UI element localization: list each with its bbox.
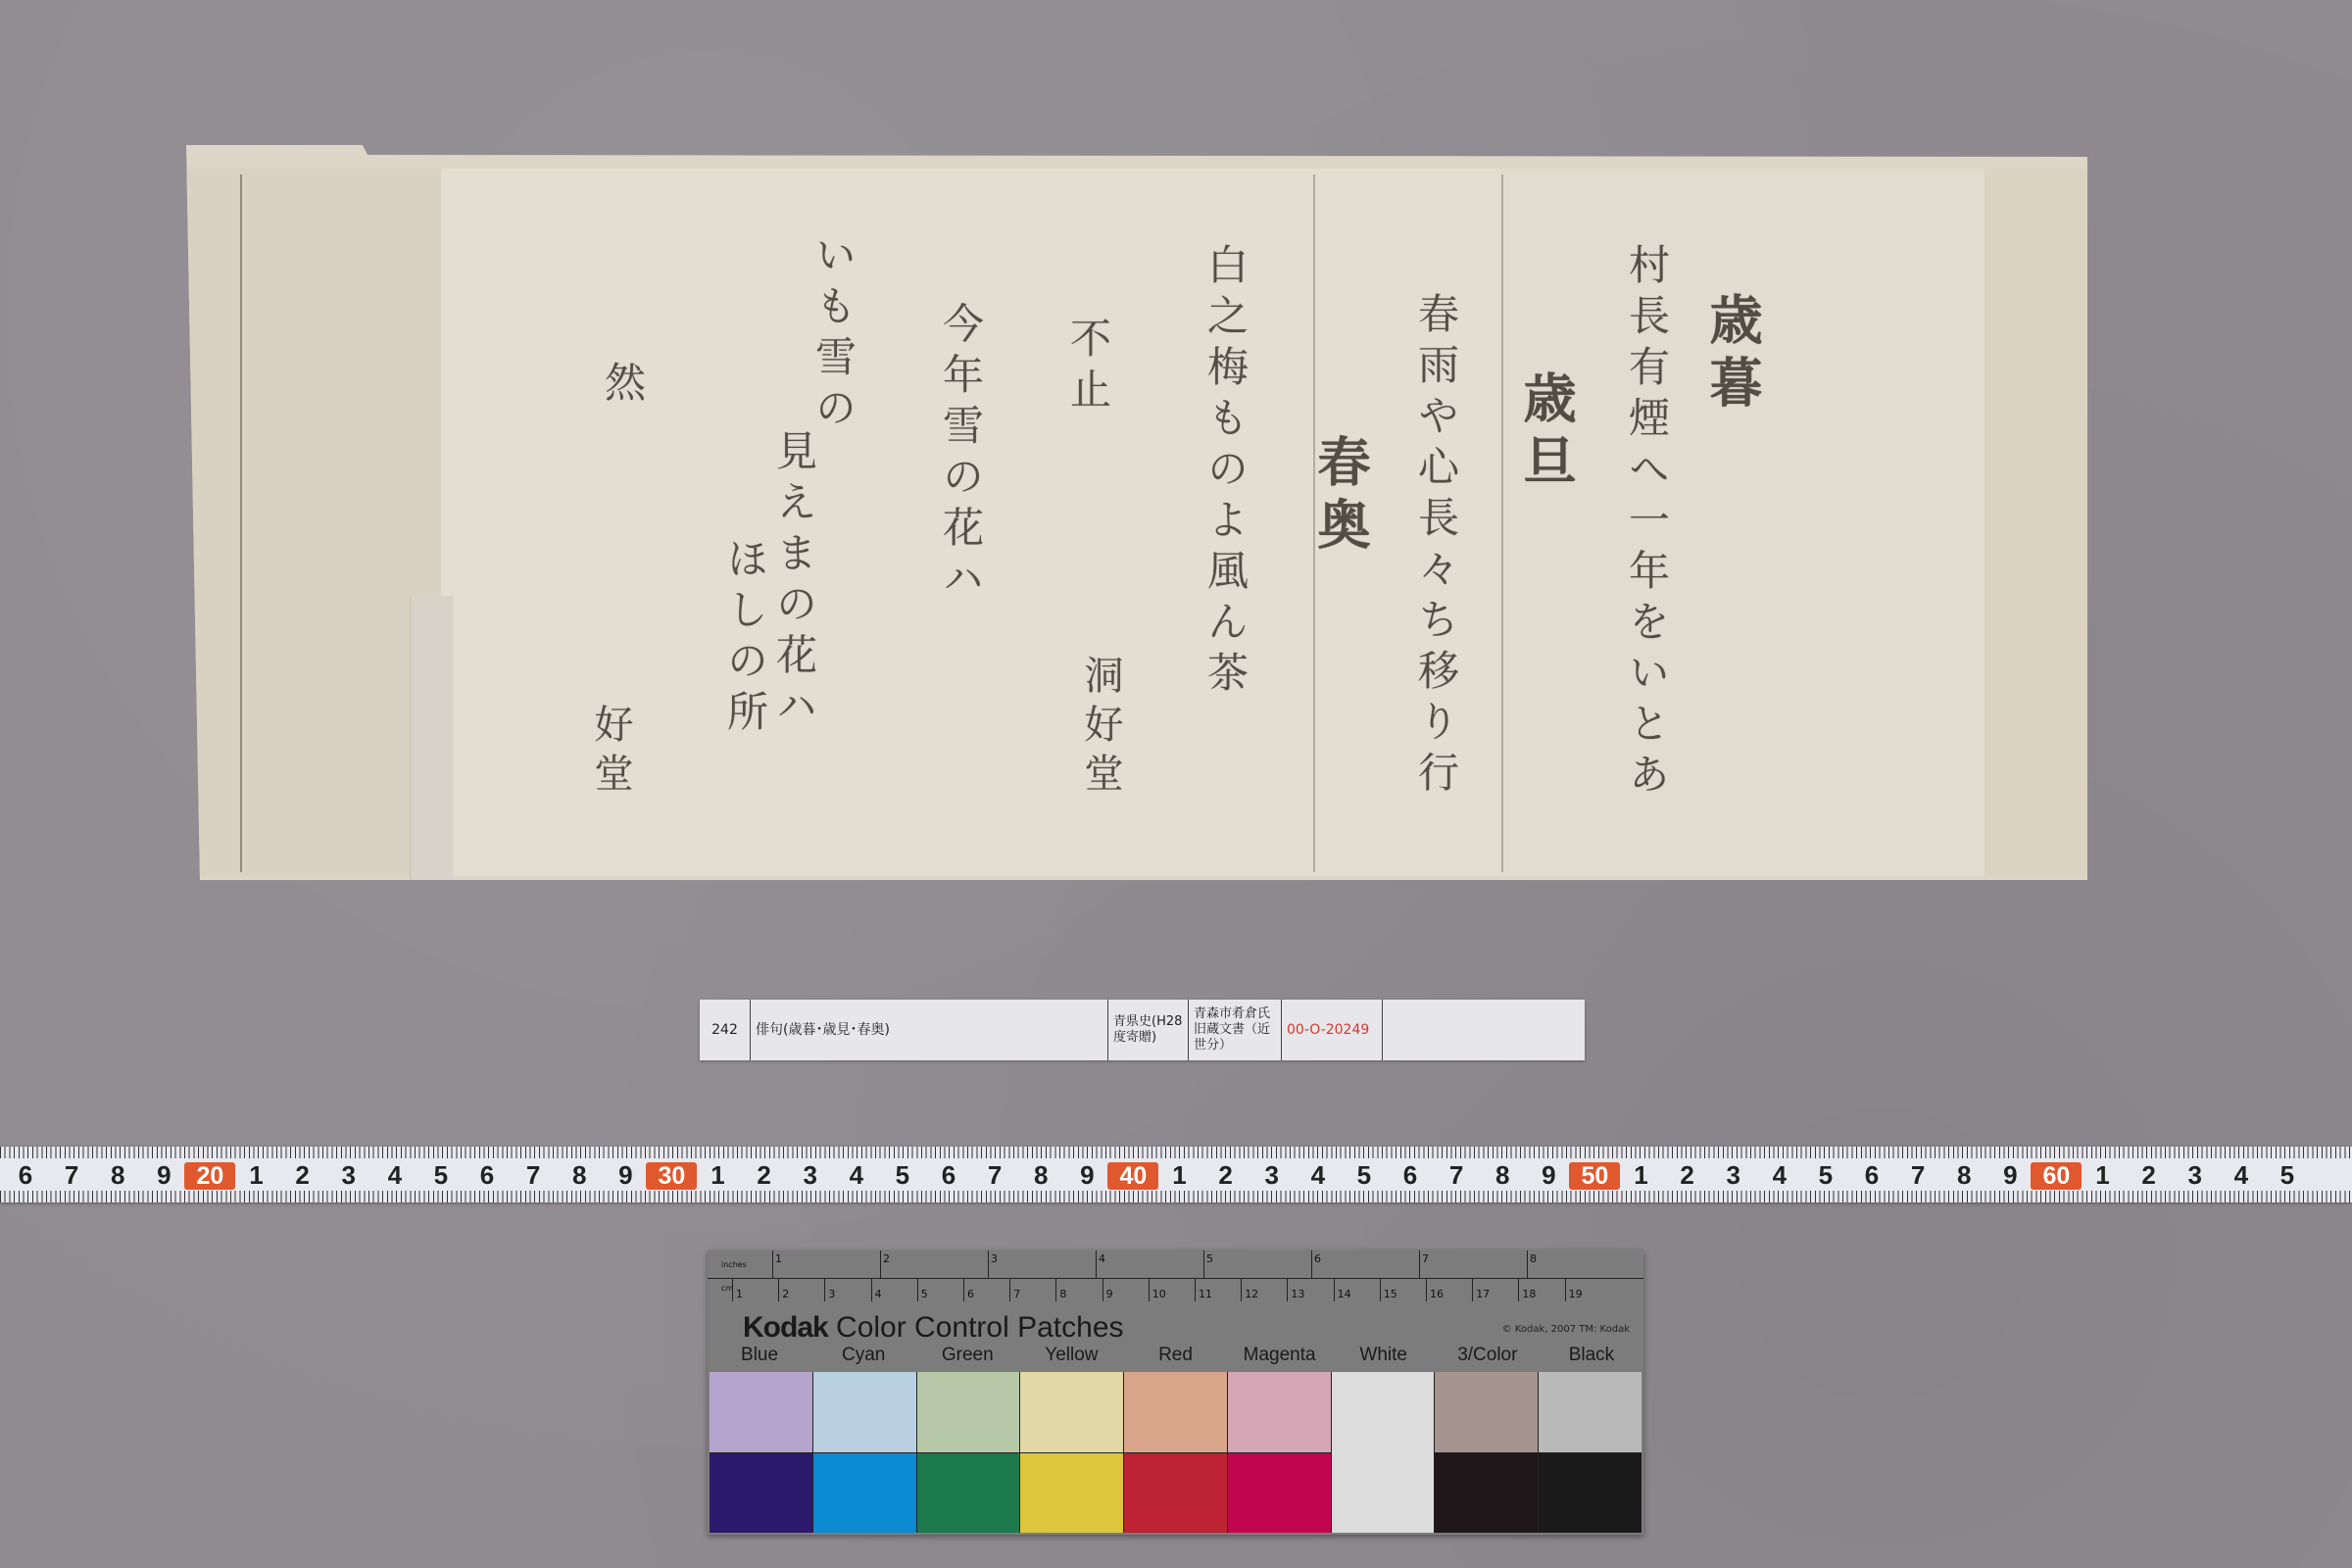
verse-column: 不止 bbox=[1058, 317, 1117, 418]
verse-column: ほしの所 bbox=[715, 537, 774, 741]
manuscript-sheet-right bbox=[1499, 169, 1984, 876]
patch-cyan-light bbox=[813, 1372, 916, 1452]
inch-tick-label: 4 bbox=[1099, 1252, 1105, 1265]
patch-name-label: Magenta bbox=[1228, 1345, 1332, 1366]
cm-tick-label: 7 bbox=[1013, 1288, 1020, 1300]
tape-number: 3 bbox=[334, 1160, 364, 1191]
inch-tick bbox=[880, 1250, 881, 1278]
tape-number: 6 bbox=[1857, 1160, 1886, 1191]
manuscript-document: 歳暮 村長有煙へ一年をいとあ 歳旦 春雨や心長々ち移り行 春奥 白之梅ものよ風ん… bbox=[186, 145, 2087, 880]
cm-tick-label: 15 bbox=[1384, 1288, 1397, 1300]
tape-number: 7 bbox=[1442, 1160, 1471, 1191]
inch-tick bbox=[1096, 1250, 1097, 1278]
cm-tick-label: 12 bbox=[1245, 1288, 1258, 1300]
patch-3-color-light bbox=[1435, 1372, 1538, 1452]
patch-name-label: 3/Color bbox=[1436, 1345, 1540, 1366]
tape-number: 5 bbox=[426, 1160, 456, 1191]
cm-tick-label: 18 bbox=[1522, 1288, 1536, 1300]
tape-number: 1 bbox=[1165, 1160, 1195, 1191]
tape-ticks-bottom bbox=[0, 1191, 2352, 1202]
cm-tick bbox=[1149, 1278, 1150, 1301]
tape-number: 5 bbox=[1349, 1160, 1379, 1191]
tape-number: 8 bbox=[564, 1160, 594, 1191]
patch-magenta-dark bbox=[1228, 1453, 1331, 1534]
verse-column: 今年雪の花ハ bbox=[931, 302, 990, 608]
tape-number: 3 bbox=[796, 1160, 825, 1191]
cm-tick bbox=[732, 1278, 733, 1301]
tape-number: 4 bbox=[842, 1160, 871, 1191]
measuring-tape: 6789201234567893012345678940123456789501… bbox=[0, 1147, 2352, 1202]
inch-tick-label: 6 bbox=[1314, 1252, 1321, 1265]
tape-number: 7 bbox=[57, 1160, 86, 1191]
cm-tick bbox=[871, 1278, 872, 1301]
catalog-empty-cell bbox=[1383, 1000, 1585, 1060]
tape-number: 7 bbox=[518, 1160, 548, 1191]
cm-tick-label: 19 bbox=[1569, 1288, 1583, 1300]
tape-number: 2 bbox=[750, 1160, 779, 1191]
cm-tick bbox=[1009, 1278, 1010, 1301]
kodak-color-target: inches 12345678 cm 123456789101112131415… bbox=[708, 1250, 1643, 1535]
tape-number: 8 bbox=[103, 1160, 132, 1191]
patch-white-light bbox=[1332, 1372, 1435, 1533]
tape-number: 4 bbox=[1303, 1160, 1333, 1191]
cm-tick-label: 8 bbox=[1059, 1288, 1066, 1300]
patch-red-light bbox=[1124, 1372, 1227, 1452]
tape-number: 3 bbox=[1257, 1160, 1287, 1191]
verse-column: 白之梅ものよ風ん茶 bbox=[1196, 243, 1254, 702]
tape-decade-marker: 60 bbox=[2031, 1162, 2082, 1190]
tape-number: 8 bbox=[1026, 1160, 1055, 1191]
cm-tick-label: 1 bbox=[736, 1288, 743, 1300]
author-signature: 好堂 bbox=[583, 704, 639, 802]
tape-number: 9 bbox=[611, 1160, 640, 1191]
tape-number: 8 bbox=[1488, 1160, 1517, 1191]
cm-tick-label: 16 bbox=[1430, 1288, 1444, 1300]
cm-tick bbox=[1195, 1278, 1196, 1301]
author-signature: 洞好堂 bbox=[1073, 655, 1129, 802]
tape-number: 1 bbox=[1627, 1160, 1656, 1191]
tape-number: 3 bbox=[2180, 1160, 2210, 1191]
verse-column: 春雨や心長々ち移り行 bbox=[1406, 292, 1465, 802]
patch-name-label: Cyan bbox=[811, 1345, 915, 1366]
catalog-collection: 青森市肴倉氏旧蔵文書（近世分） bbox=[1189, 1000, 1282, 1060]
patch-yellow-light bbox=[1020, 1372, 1123, 1452]
inch-tick-label: 8 bbox=[1530, 1252, 1537, 1265]
cm-ruler: cm 12345678910111213141516171819 bbox=[708, 1278, 1643, 1305]
cm-tick-label: 3 bbox=[828, 1288, 835, 1300]
sheet-seam bbox=[1501, 174, 1503, 872]
catalog-number: 242 bbox=[700, 1000, 751, 1060]
cm-tick-label: 14 bbox=[1338, 1288, 1351, 1300]
inch-tick bbox=[988, 1250, 989, 1278]
cm-tick bbox=[824, 1278, 825, 1301]
tape-number: 5 bbox=[1811, 1160, 1840, 1191]
tape-number: 3 bbox=[1719, 1160, 1748, 1191]
tape-ticks-top bbox=[0, 1147, 2352, 1158]
right-mount-paper bbox=[1984, 169, 2087, 876]
patch-name-label: Red bbox=[1123, 1345, 1227, 1366]
tape-number: 9 bbox=[1995, 1160, 2025, 1191]
catalog-label: 242 俳句(歳暮･歳見･春奥) 青県史(H28度寄贈) 青森市肴倉氏旧蔵文書（… bbox=[700, 1000, 1585, 1060]
patch-name-label: Black bbox=[1540, 1345, 1643, 1366]
tape-number: 2 bbox=[2134, 1160, 2164, 1191]
tape-number: 6 bbox=[11, 1160, 40, 1191]
tape-number: 2 bbox=[1211, 1160, 1241, 1191]
inch-tick bbox=[1311, 1250, 1312, 1278]
cm-tick bbox=[917, 1278, 918, 1301]
tape-number: 1 bbox=[242, 1160, 271, 1191]
tape-number: 4 bbox=[1765, 1160, 1794, 1191]
patch-black-light bbox=[1539, 1372, 1641, 1452]
cm-tick-label: 5 bbox=[921, 1288, 928, 1300]
tape-number: 4 bbox=[2227, 1160, 2256, 1191]
inches-label: inches bbox=[721, 1260, 747, 1269]
cm-tick-label: 9 bbox=[1106, 1288, 1113, 1300]
inch-tick bbox=[772, 1250, 773, 1278]
catalog-id: 00-O-20249 bbox=[1282, 1000, 1383, 1060]
kodak-title: Kodak Color Control Patches bbox=[743, 1311, 1124, 1345]
cm-tick bbox=[1518, 1278, 1519, 1301]
cm-tick bbox=[1102, 1278, 1103, 1301]
patch-yellow-dark bbox=[1020, 1453, 1123, 1534]
inch-tick bbox=[1203, 1250, 1204, 1278]
patch-cyan-dark bbox=[813, 1453, 916, 1534]
cm-tick bbox=[1472, 1278, 1473, 1301]
inch-ruler: inches 12345678 bbox=[708, 1250, 1643, 1279]
inch-tick-label: 1 bbox=[775, 1252, 782, 1265]
tape-number: 9 bbox=[1534, 1160, 1563, 1191]
tape-number: 6 bbox=[934, 1160, 963, 1191]
cm-tick bbox=[1287, 1278, 1288, 1301]
tape-number: 1 bbox=[704, 1160, 733, 1191]
tape-decade-marker: 50 bbox=[1569, 1162, 1620, 1190]
tape-number: 9 bbox=[149, 1160, 178, 1191]
patch-blue-light bbox=[710, 1372, 812, 1452]
inch-tick-label: 3 bbox=[991, 1252, 998, 1265]
patch-names: BlueCyanGreenYellowRedMagentaWhite3/Colo… bbox=[708, 1345, 1643, 1366]
patch-black-dark bbox=[1539, 1453, 1641, 1534]
tape-number: 4 bbox=[380, 1160, 410, 1191]
cm-tick bbox=[1241, 1278, 1242, 1301]
tape-number: 6 bbox=[1396, 1160, 1425, 1191]
cm-tick bbox=[778, 1278, 779, 1301]
kodak-copyright: © Kodak, 2007 TM: Kodak bbox=[1502, 1324, 1630, 1335]
verse-column: いも雪の bbox=[804, 233, 862, 437]
inch-tick bbox=[1419, 1250, 1420, 1278]
cm-tick bbox=[1426, 1278, 1427, 1301]
inch-tick-label: 2 bbox=[883, 1252, 890, 1265]
color-patches bbox=[710, 1372, 1641, 1533]
cm-tick bbox=[1565, 1278, 1566, 1301]
inch-tick-label: 5 bbox=[1206, 1252, 1213, 1265]
cm-tick bbox=[963, 1278, 964, 1301]
kodak-brand: Kodak bbox=[743, 1311, 828, 1344]
kodak-subtitle: Color Control Patches bbox=[836, 1311, 1123, 1344]
patch-3-color-dark bbox=[1435, 1453, 1538, 1534]
tape-number: 7 bbox=[1903, 1160, 1933, 1191]
cm-tick bbox=[1055, 1278, 1056, 1301]
patch-magenta-light bbox=[1228, 1372, 1331, 1452]
patch-green-dark bbox=[917, 1453, 1020, 1534]
catalog-title: 俳句(歳暮･歳見･春奥) bbox=[751, 1000, 1108, 1060]
cm-tick-label: 10 bbox=[1152, 1288, 1166, 1300]
heading-saitan: 歳旦 bbox=[1509, 370, 1585, 496]
heading-shun-o: 春奥 bbox=[1303, 434, 1379, 560]
tape-decade-marker: 40 bbox=[1107, 1162, 1158, 1190]
patch-name-label: Blue bbox=[708, 1345, 811, 1366]
patch-blue-dark bbox=[710, 1453, 812, 1534]
catalog-source: 青県史(H28度寄贈) bbox=[1108, 1000, 1189, 1060]
patch-name-label: White bbox=[1332, 1345, 1436, 1366]
cm-tick-label: 4 bbox=[875, 1288, 882, 1300]
tape-number: 1 bbox=[2088, 1160, 2118, 1191]
inch-tick-label: 7 bbox=[1422, 1252, 1429, 1265]
left-mount-paper bbox=[186, 169, 441, 876]
tape-decade-marker: 20 bbox=[184, 1162, 235, 1190]
cm-tick-label: 17 bbox=[1476, 1288, 1490, 1300]
tape-number: 8 bbox=[1949, 1160, 1979, 1191]
tape-number: 9 bbox=[1072, 1160, 1102, 1191]
cm-tick-label: 11 bbox=[1199, 1288, 1212, 1300]
heading-saibo: 歳暮 bbox=[1695, 292, 1771, 417]
paper-tab bbox=[410, 596, 454, 880]
mount-edge-line bbox=[240, 174, 242, 872]
verse-column: 村長有煙へ一年をいとあ bbox=[1617, 243, 1676, 804]
cm-tick bbox=[1380, 1278, 1381, 1301]
patch-red-dark bbox=[1124, 1453, 1227, 1534]
patch-name-label: Yellow bbox=[1019, 1345, 1123, 1366]
cm-tick bbox=[1334, 1278, 1335, 1301]
tape-decade-marker: 30 bbox=[646, 1162, 697, 1190]
tape-number: 7 bbox=[980, 1160, 1009, 1191]
patch-green-light bbox=[917, 1372, 1020, 1452]
tape-number: 6 bbox=[472, 1160, 502, 1191]
inch-tick bbox=[1527, 1250, 1528, 1278]
tape-number: 5 bbox=[2273, 1160, 2302, 1191]
cm-tick-label: 6 bbox=[967, 1288, 974, 1300]
cm-tick-label: 2 bbox=[782, 1288, 789, 1300]
verse-column: 然 bbox=[593, 361, 652, 412]
tape-number: 5 bbox=[888, 1160, 917, 1191]
patch-name-label: Green bbox=[915, 1345, 1019, 1366]
tape-number: 2 bbox=[1673, 1160, 1702, 1191]
cm-tick-label: 13 bbox=[1291, 1288, 1304, 1300]
tape-number: 2 bbox=[288, 1160, 318, 1191]
